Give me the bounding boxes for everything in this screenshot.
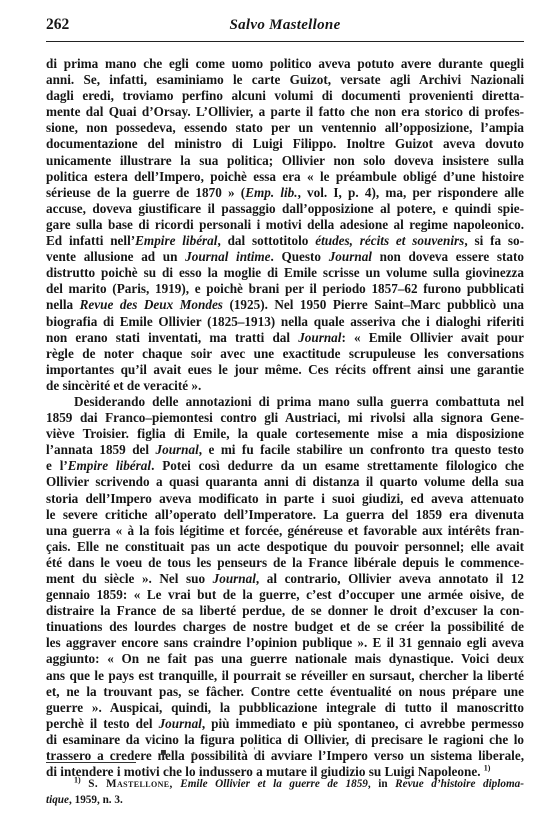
text-line: sione, non possedeva, essendo stato per … xyxy=(46,120,524,136)
text-line: distrutto poichè su di esso la moglie di… xyxy=(46,265,524,281)
text-line: dagli eredi, troviamo perfino alcuni vol… xyxy=(46,88,524,104)
footnote-in: , in xyxy=(368,778,395,790)
text-line: distraire la France de sa liberté perdue… xyxy=(46,603,524,619)
text-line: Desiderando delle annotazioni di prima m… xyxy=(46,394,524,410)
text-line: vente allusione ad un Journal intime. Qu… xyxy=(46,249,524,265)
text-line: gare sulla base di ricordi personali i m… xyxy=(46,217,524,233)
footnote-marker: 1) xyxy=(74,775,81,784)
text-line: accuse, doveva giustificare il passaggio… xyxy=(46,201,524,217)
scan-artifact-marks: ▪ ᵣ ˈ xyxy=(160,747,256,758)
text-line: et, ne la trouvant pas, se fâcher. Contr… xyxy=(46,684,524,700)
text-line: çais. Elle ne constituait pas un acte de… xyxy=(46,539,524,555)
text-line: e l’Empire libéral. Potei così dedurre d… xyxy=(46,458,524,474)
text-line: perchè il testo del Journal, più immedia… xyxy=(46,716,524,732)
text-line: Ed infatti nell’Empire libéral, dal sott… xyxy=(46,233,524,249)
footnote-author: S. Mastellone, xyxy=(88,778,172,790)
text-line: storia dell’Impero aveva modificato in p… xyxy=(46,491,524,507)
text-line: viève Troisier. figlia di Emile, la qual… xyxy=(46,426,524,442)
text-line: unicamente illustrare la sua politica; O… xyxy=(46,153,524,169)
page-header: 262 Salvo Mastellone xyxy=(46,16,524,40)
running-title: Salvo Mastellone xyxy=(46,17,524,34)
text-line: biografia di Emile Ollivier (1825–1913) … xyxy=(46,314,524,330)
footnote-line-1: 1) S. Mastellone, Emile Ollivier et la g… xyxy=(46,776,524,792)
text-line: di prima mano che egli come uomo politic… xyxy=(46,56,524,72)
text-line: tinuations des lourdes charges de nostre… xyxy=(46,619,524,635)
text-line: gennaio 1859: « Le vrai but de la guerre… xyxy=(46,587,524,603)
text-line: importantes qu’il avait eues le jour mêm… xyxy=(46,362,524,378)
text-line: una guerra « à la fois légitime et forcé… xyxy=(46,523,524,539)
header-rule xyxy=(46,41,524,42)
footnote-journal-cont: tique xyxy=(46,794,69,806)
text-line: Ollivier scrivendo a quasi quaranta anni… xyxy=(46,474,524,490)
text-line: guerre ». Auspicai, quindi, la pubblicaz… xyxy=(46,700,524,716)
text-line: non erano stati inventati, ma tratti dal… xyxy=(46,330,524,346)
footnote-rest: , 1959, n. 3. xyxy=(69,794,123,806)
text-line: 1859 dai Franco–piemontesi contro gli Au… xyxy=(46,410,524,426)
paragraph-1: di prima mano che egli come uomo politic… xyxy=(46,56,524,394)
footnote-ref[interactable]: 1) xyxy=(484,764,491,773)
footnote-journal: Revue d’histoire diploma- xyxy=(395,778,524,790)
text-line: l’annata 1859 del Journal, e mi fu facil… xyxy=(46,442,524,458)
text-line: documentazione del ministro di Luigi Fil… xyxy=(46,136,524,152)
text-line: mente dal Quai d’Orsay. L’Ollivier, a pa… xyxy=(46,104,524,120)
text-line: de sincèrité et de veracité ». xyxy=(46,378,524,394)
text-line: del marito (Paris, 1919), e poichè brani… xyxy=(46,281,524,297)
text-line: ment du siècle ». Nel suo Journal, al co… xyxy=(46,571,524,587)
footnote-rule xyxy=(46,762,136,763)
text-line: les aggraver encore sans craindre l’opin… xyxy=(46,635,524,651)
footnote-1: 1) S. Mastellone, Emile Ollivier et la g… xyxy=(46,776,524,808)
text-line: le severe critiche all’operato dell’Impe… xyxy=(46,507,524,523)
text-line: aggiunto: « On ne fait pas una guerre na… xyxy=(46,651,524,667)
text-line: sérieuse de la guerre de 1870 » (Emp. li… xyxy=(46,185,524,201)
paragraph-2: Desiderando delle annotazioni di prima m… xyxy=(46,394,524,780)
text-line: règle de noter chaque soir avec une exac… xyxy=(46,346,524,362)
text-line: politica estera dell’Impero, poichè essa… xyxy=(46,169,524,185)
text-line: nella Revue des Deux Mondes (1925). Nel … xyxy=(46,297,524,313)
text-line: di esaminare da vicino la figura politic… xyxy=(46,732,524,748)
text-line: anni. Se, infatti, esaminiamo le carte G… xyxy=(46,72,524,88)
text-line: été dans le voeu de tous les penseurs de… xyxy=(46,555,524,571)
footnote-line-2: tique, 1959, n. 3. xyxy=(46,792,524,808)
body-text: di prima mano che egli come uomo politic… xyxy=(46,56,524,780)
text-line: ans que le pays est tranquille, il pourr… xyxy=(46,668,524,684)
footnote-title: Emile Ollivier et la guerre de 1859 xyxy=(180,778,368,790)
